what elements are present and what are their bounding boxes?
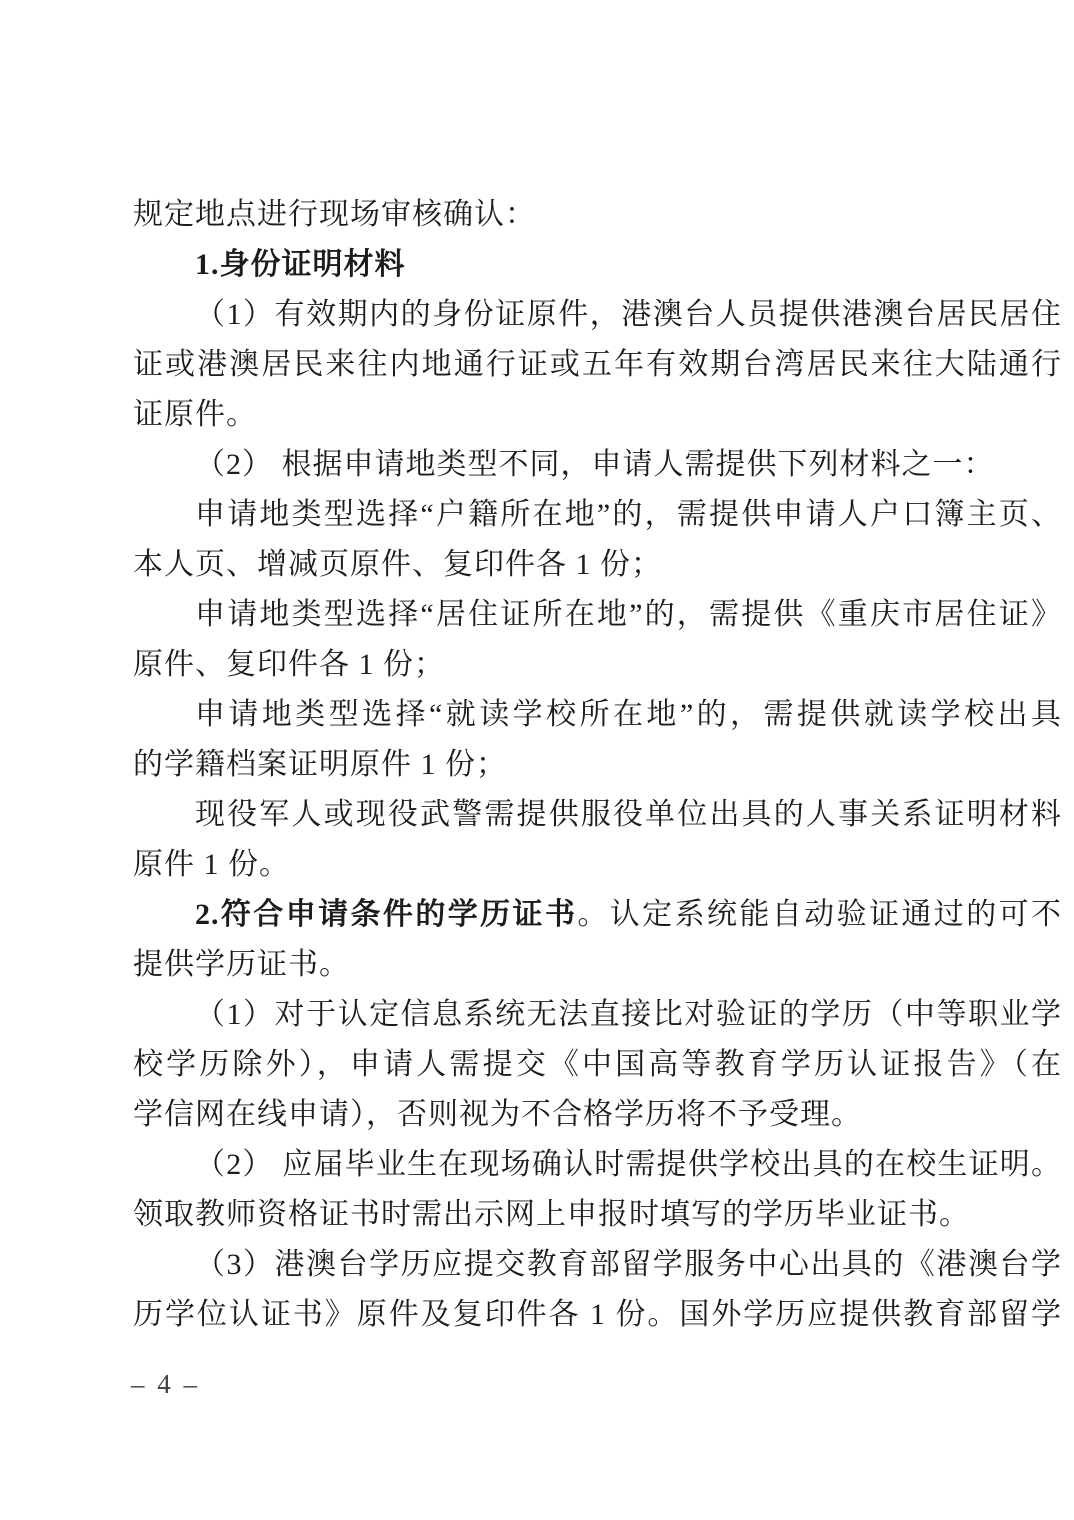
body-text: 证原件。 [133,398,257,431]
text-line: 申请地类型选择“户籍所在地”的，需提供申请人户口簿主页、 [133,490,1062,540]
body-text: 规定地点进行现场审核确认： [133,198,536,231]
body-text: （3）港澳台学历应提交教育部留学服务中心出具的《港澳台学 [195,1248,1062,1281]
heading-text: 2.符合申请条件的学历证书 [195,898,577,931]
body-text: 。认定系统能自动验证通过的可不 [577,898,1062,931]
page-number: – 4 – [131,1366,200,1402]
body-text: 原件、复印件各 1 份； [133,648,445,681]
body-text: 校学历除外），申请人需提交《中国高等教育学历认证报告》（在 [133,1048,1062,1081]
body-text: 现役军人或现役武警需提供服役单位出具的人事关系证明材料 [195,798,1062,831]
body-text: 证或港澳居民来往内地通行证或五年有效期台湾居民来往大陆通行 [133,348,1062,381]
document-page: 规定地点进行现场审核确认：1.身份证明材料（1）有效期内的身份证原件，港澳台人员… [0,0,1074,1520]
heading-line: 1.身份证明材料 [133,240,1062,290]
text-line: 原件 1 份。 [133,840,1062,890]
body-text: （1）有效期内的身份证原件，港澳台人员提供港澳台居民居住 [195,298,1062,331]
text-line: 校学历除外），申请人需提交《中国高等教育学历认证报告》（在 [133,1040,1062,1090]
text-line: 领取教师资格证书时需出示网上申报时填写的学历毕业证书。 [133,1190,1062,1240]
text-line: （1）有效期内的身份证原件，港澳台人员提供港澳台居民居住 [133,290,1062,340]
body-text: 本人页、增减页原件、复印件各 1 份； [133,548,662,581]
text-line: （1）对于认定信息系统无法直接比对验证的学历（中等职业学 [133,990,1062,1040]
text-line: 规定地点进行现场审核确认： [133,190,1062,240]
text-line: 提供学历证书。 [133,940,1062,990]
body-text: 的学籍档案证明原件 1 份； [133,748,507,781]
text-line: 申请地类型选择“居住证所在地”的，需提供《重庆市居住证》 [133,590,1062,640]
text-line: 学信网在线申请），否则视为不合格学历将不予受理。 [133,1090,1062,1140]
body-text: 申请地类型选择“户籍所在地”的，需提供申请人户口簿主页、 [195,498,1062,531]
body-text: 提供学历证书。 [133,948,350,981]
document-body: 规定地点进行现场审核确认：1.身份证明材料（1）有效期内的身份证原件，港澳台人员… [133,190,1062,1340]
body-text: （1）对于认定信息系统无法直接比对验证的学历（中等职业学 [195,998,1062,1031]
body-text: 申请地类型选择“就读学校所在地”的，需提供就读学校出具 [195,698,1062,731]
text-line: （2） 根据申请地类型不同，申请人需提供下列材料之一： [133,440,1062,490]
body-text: 领取教师资格证书时需出示网上申报时填写的学历毕业证书。 [133,1198,970,1231]
text-line: 申请地类型选择“就读学校所在地”的，需提供就读学校出具 [133,690,1062,740]
body-text: 学信网在线申请），否则视为不合格学历将不予受理。 [133,1098,862,1131]
text-line: 原件、复印件各 1 份； [133,640,1062,690]
text-line: 现役军人或现役武警需提供服役单位出具的人事关系证明材料 [133,790,1062,840]
body-text: （2） 应届毕业生在现场确认时需提供学校出具的在校生证明。 [195,1148,1062,1181]
text-line: 证或港澳居民来往内地通行证或五年有效期台湾居民来往大陆通行 [133,340,1062,390]
text-line: 历学位认证书》原件及复印件各 1 份。国外学历应提供教育部留学 [133,1290,1062,1340]
text-line: 本人页、增减页原件、复印件各 1 份； [133,540,1062,590]
heading-text: 1.身份证明材料 [195,248,406,281]
body-text: 申请地类型选择“居住证所在地”的，需提供《重庆市居住证》 [195,598,1062,631]
text-line: 证原件。 [133,390,1062,440]
body-text: 历学位认证书》原件及复印件各 1 份。国外学历应提供教育部留学 [133,1298,1062,1331]
heading-line: 2.符合申请条件的学历证书。认定系统能自动验证通过的可不 [133,890,1062,940]
text-line: 的学籍档案证明原件 1 份； [133,740,1062,790]
text-line: （2） 应届毕业生在现场确认时需提供学校出具的在校生证明。 [133,1140,1062,1190]
body-text: 原件 1 份。 [133,848,290,881]
text-line: （3）港澳台学历应提交教育部留学服务中心出具的《港澳台学 [133,1240,1062,1290]
body-text: （2） 根据申请地类型不同，申请人需提供下列材料之一： [195,448,995,481]
